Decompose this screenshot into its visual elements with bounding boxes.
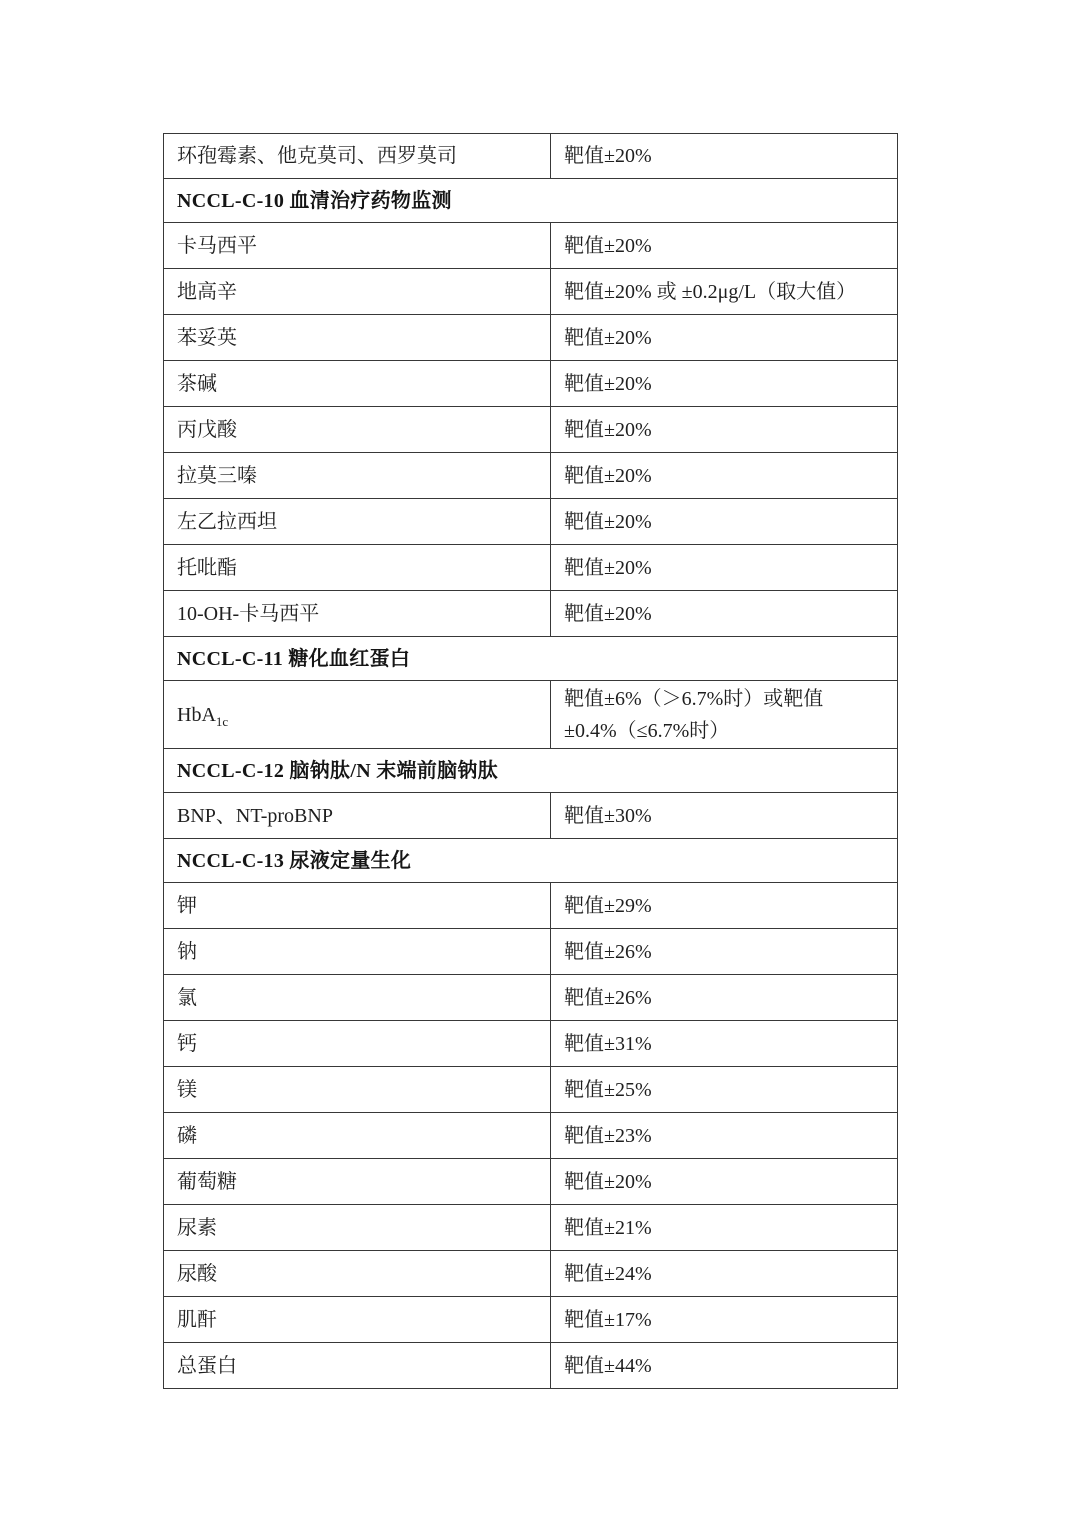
qc-criteria-table: 环孢霉素、他克莫司、西罗莫司靶值±20%NCCL-C-10 血清治疗药物监测卡马… <box>163 133 898 1389</box>
analyte-cell: 地高辛 <box>164 269 551 315</box>
section-row: NCCL-C-13 尿液定量生化 <box>164 839 898 883</box>
analyte-cell: 总蛋白 <box>164 1343 551 1389</box>
table-row: 葡萄糖靶值±20% <box>164 1159 898 1205</box>
criteria-cell: 靶值±26% <box>551 929 898 975</box>
document-page: 环孢霉素、他克莫司、西罗莫司靶值±20%NCCL-C-10 血清治疗药物监测卡马… <box>0 0 1080 1527</box>
table-row: 尿素靶值±21% <box>164 1205 898 1251</box>
table-row: 左乙拉西坦靶值±20% <box>164 499 898 545</box>
analyte-cell: 钠 <box>164 929 551 975</box>
analyte-text: HbA <box>177 704 216 726</box>
criteria-cell: 靶值±20% 或 ±0.2μg/L（取大值） <box>551 269 898 315</box>
analyte-cell: 苯妥英 <box>164 315 551 361</box>
analyte-cell: 磷 <box>164 1113 551 1159</box>
section-header: NCCL-C-11 糖化血红蛋白 <box>164 637 898 681</box>
analyte-cell: 托吡酯 <box>164 545 551 591</box>
criteria-line: ±0.4%（≤6.7%时） <box>564 715 887 747</box>
analyte-cell: 左乙拉西坦 <box>164 499 551 545</box>
criteria-cell: 靶值±31% <box>551 1021 898 1067</box>
section-header: NCCL-C-10 血清治疗药物监测 <box>164 179 898 223</box>
table-row: 钙靶值±31% <box>164 1021 898 1067</box>
analyte-cell: 葡萄糖 <box>164 1159 551 1205</box>
table-row: BNP、NT-proBNP靶值±30% <box>164 793 898 839</box>
criteria-cell: 靶值±20% <box>551 1159 898 1205</box>
criteria-cell: 靶值±29% <box>551 883 898 929</box>
qc-table-body: 环孢霉素、他克莫司、西罗莫司靶值±20%NCCL-C-10 血清治疗药物监测卡马… <box>164 134 898 1389</box>
analyte-cell: HbA1c <box>164 681 551 749</box>
table-row: 氯靶值±26% <box>164 975 898 1021</box>
analyte-cell: 卡马西平 <box>164 223 551 269</box>
table-row: 地高辛靶值±20% 或 ±0.2μg/L（取大值） <box>164 269 898 315</box>
criteria-cell: 靶值±20% <box>551 499 898 545</box>
table-row: 托吡酯靶值±20% <box>164 545 898 591</box>
analyte-cell: 镁 <box>164 1067 551 1113</box>
criteria-cell: 靶值±23% <box>551 1113 898 1159</box>
analyte-cell: 肌酐 <box>164 1297 551 1343</box>
section-header: NCCL-C-13 尿液定量生化 <box>164 839 898 883</box>
criteria-cell: 靶值±26% <box>551 975 898 1021</box>
table-row: HbA1c靶值±6%（＞6.7%时）或靶值±0.4%（≤6.7%时） <box>164 681 898 749</box>
table-row: 拉莫三嗪靶值±20% <box>164 453 898 499</box>
table-row: 钾靶值±29% <box>164 883 898 929</box>
analyte-cell: 尿酸 <box>164 1251 551 1297</box>
analyte-cell: 丙戊酸 <box>164 407 551 453</box>
table-row: 尿酸靶值±24% <box>164 1251 898 1297</box>
criteria-cell: 靶值±44% <box>551 1343 898 1389</box>
analyte-cell: 尿素 <box>164 1205 551 1251</box>
analyte-subscript: 1c <box>216 714 228 729</box>
table-row: 茶碱靶值±20% <box>164 361 898 407</box>
table-row: 苯妥英靶值±20% <box>164 315 898 361</box>
analyte-cell: 环孢霉素、他克莫司、西罗莫司 <box>164 134 551 179</box>
section-row: NCCL-C-10 血清治疗药物监测 <box>164 179 898 223</box>
table-row: 钠靶值±26% <box>164 929 898 975</box>
criteria-cell: 靶值±20% <box>551 134 898 179</box>
table-row: 肌酐靶值±17% <box>164 1297 898 1343</box>
criteria-cell: 靶值±20% <box>551 591 898 637</box>
analyte-cell: 拉莫三嗪 <box>164 453 551 499</box>
analyte-cell: 钾 <box>164 883 551 929</box>
table-row: 镁靶值±25% <box>164 1067 898 1113</box>
criteria-line: 靶值±6%（＞6.7%时）或靶值 <box>564 683 887 715</box>
analyte-cell: 10-OH-卡马西平 <box>164 591 551 637</box>
criteria-cell: 靶值±20% <box>551 361 898 407</box>
criteria-cell: 靶值±17% <box>551 1297 898 1343</box>
analyte-cell: BNP、NT-proBNP <box>164 793 551 839</box>
table-row: 环孢霉素、他克莫司、西罗莫司靶值±20% <box>164 134 898 179</box>
criteria-cell: 靶值±20% <box>551 545 898 591</box>
criteria-cell: 靶值±20% <box>551 453 898 499</box>
table-row: 磷靶值±23% <box>164 1113 898 1159</box>
table-row: 丙戊酸靶值±20% <box>164 407 898 453</box>
table-row: 总蛋白靶值±44% <box>164 1343 898 1389</box>
table-row: 10-OH-卡马西平靶值±20% <box>164 591 898 637</box>
criteria-cell: 靶值±20% <box>551 407 898 453</box>
section-header: NCCL-C-12 脑钠肽/N 末端前脑钠肽 <box>164 749 898 793</box>
table-row: 卡马西平靶值±20% <box>164 223 898 269</box>
criteria-cell: 靶值±20% <box>551 315 898 361</box>
criteria-cell: 靶值±6%（＞6.7%时）或靶值±0.4%（≤6.7%时） <box>551 681 898 749</box>
criteria-cell: 靶值±25% <box>551 1067 898 1113</box>
section-row: NCCL-C-11 糖化血红蛋白 <box>164 637 898 681</box>
analyte-cell: 氯 <box>164 975 551 1021</box>
analyte-cell: 钙 <box>164 1021 551 1067</box>
criteria-cell: 靶值±21% <box>551 1205 898 1251</box>
criteria-cell: 靶值±30% <box>551 793 898 839</box>
criteria-cell: 靶值±20% <box>551 223 898 269</box>
analyte-cell: 茶碱 <box>164 361 551 407</box>
section-row: NCCL-C-12 脑钠肽/N 末端前脑钠肽 <box>164 749 898 793</box>
criteria-cell: 靶值±24% <box>551 1251 898 1297</box>
